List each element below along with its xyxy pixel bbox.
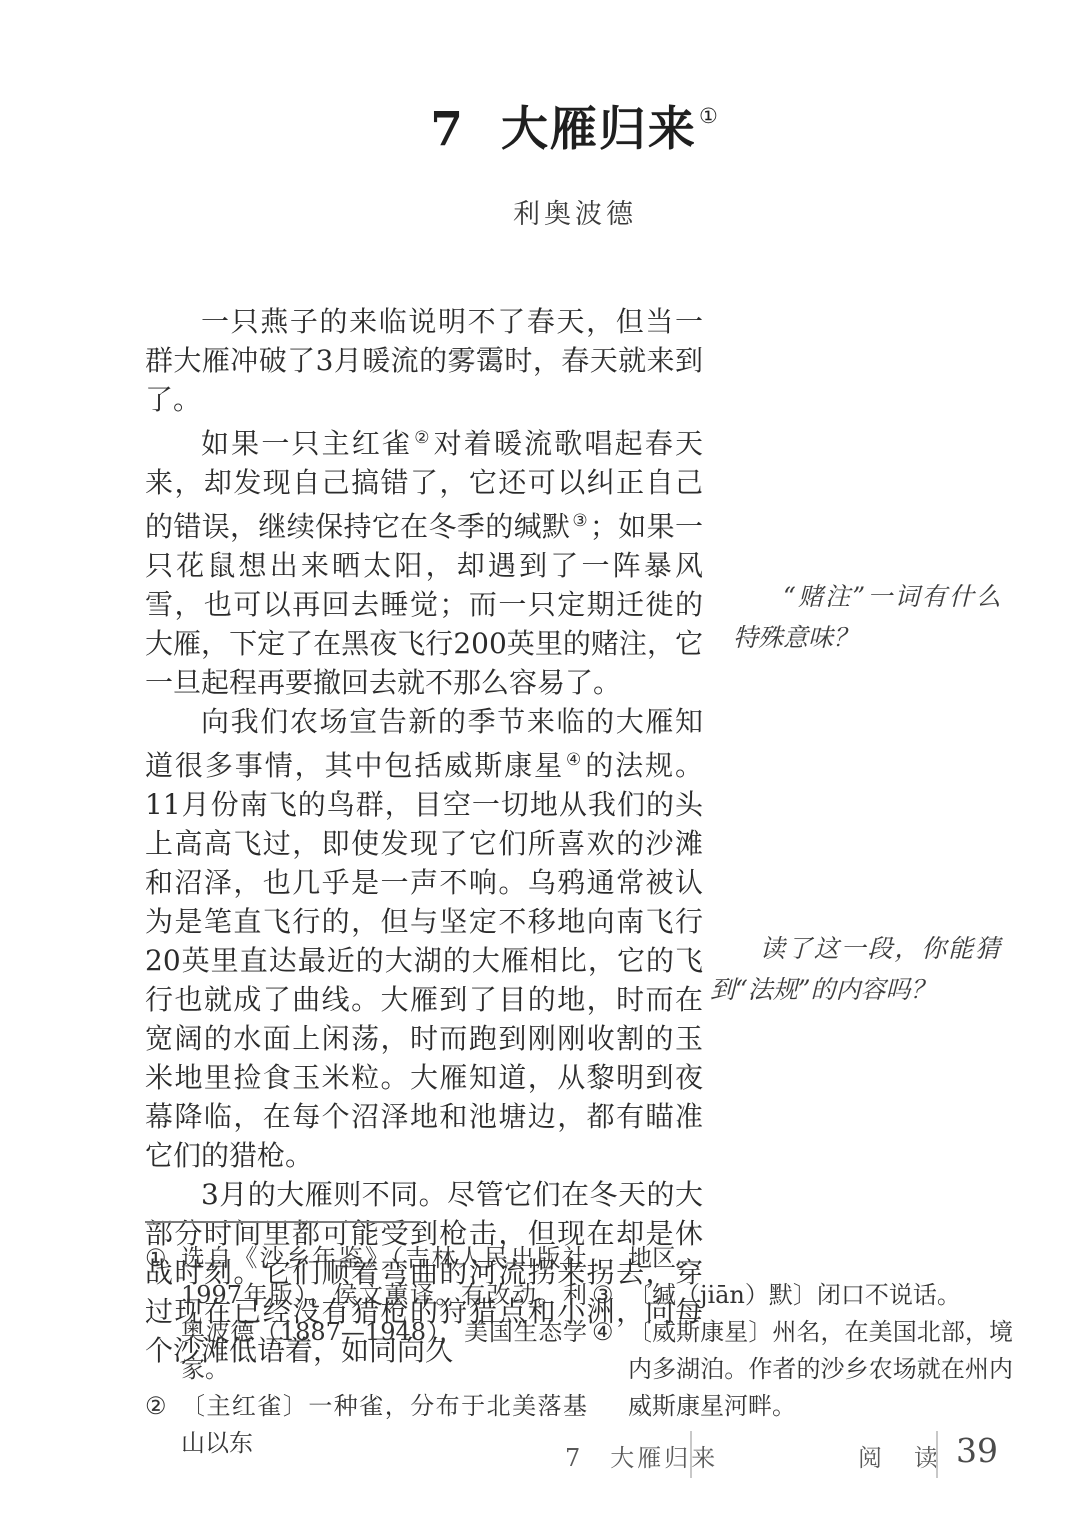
footnotes: ①选自《沙乡年鉴》（吉林人民出版社1997年版）。侯文蕙译。有改动。利奥波德（1… [145,1240,1013,1462]
body-paragraph: 如果一只主红雀②对着暖流歌唱起春天来，却发现自己搞错了，它还可以纠正自己的错误，… [145,419,703,702]
footer-section-label: 阅 读 [858,1438,942,1473]
footnote-text: 〔主红雀〕一种雀，分布于北美落基山以东 [181,1392,587,1457]
body-paragraph: 一只燕子的来临说明不了春天，但当一群大雁冲破了3月暖流的雾霭时，春天就来到了。 [145,302,703,419]
footnote-text: 〔威斯康星〕州名，在美国北部，境内多湖泊。作者的沙乡农场就在州内威斯康星河畔。 [628,1318,1013,1420]
footnote-item: ③〔缄（jiān）默〕闭口不说话。 [592,1277,1013,1314]
margin-note-question-2: 读了这一段，你能猜到“法规”的内容吗？ [710,928,1000,1010]
body-paragraph: 向我们农场宣告新的季节来临的大雁知道很多事情，其中包括威斯康星④的法规。11月份… [145,702,703,1175]
footer-lesson-title: 7 大雁归来 [565,1438,718,1473]
footnote-number: ① [145,1240,167,1277]
footnote-column-left: ①选自《沙乡年鉴》（吉林人民出版社1997年版）。侯文蕙译。有改动。利奥波德（1… [145,1240,587,1462]
footnote-item: ④〔威斯康星〕州名，在美国北部，境内多湖泊。作者的沙乡农场就在州内威斯康星河畔。 [592,1314,1013,1425]
lesson-title-text: 大雁归来 [501,102,697,157]
footnote-text: 地区。 [628,1244,700,1272]
footnote-divider [145,1221,421,1223]
body-text-column: 一只燕子的来临说明不了春天，但当一群大雁冲破了3月暖流的雾霭时，春天就来到了。如… [145,302,703,1370]
footnote-text: 选自《沙乡年鉴》（吉林人民出版社1997年版）。侯文蕙译。有改动。利奥波德（18… [181,1244,587,1383]
footnote-number: ② [145,1388,167,1425]
footnote-item: ①选自《沙乡年鉴》（吉林人民出版社1997年版）。侯文蕙译。有改动。利奥波德（1… [145,1240,587,1388]
footnote-number: ④ [592,1314,614,1351]
lesson-title: 7大雁归来① [140,92,1010,159]
footer-page-number: 39 [956,1431,998,1470]
lesson-number: 7 [430,102,465,157]
footnote-ref: ③ [570,511,590,531]
textbook-page: 7大雁归来① 利奥波德 一只燕子的来临说明不了春天，但当一群大雁冲破了3月暖流的… [0,0,1080,1526]
footer-divider-bar-1 [690,1431,692,1478]
footnote-ref: ② [412,428,433,448]
footer-divider-bar-2 [936,1431,938,1478]
margin-note-question-1: “赌注”一词有什么特殊意味？ [733,576,1001,658]
author-name: 利奥波德 [140,192,1010,231]
footnote-column-right: 地区。③〔缄（jiān）默〕闭口不说话。④〔威斯康星〕州名，在美国北部，境内多湖… [592,1240,1013,1462]
footnote-number: ③ [592,1277,614,1314]
footnote-item: ②〔主红雀〕一种雀，分布于北美落基山以东 [145,1388,587,1462]
footnote-continuation: 地区。 [592,1240,1013,1277]
footnote-ref: ④ [564,750,585,770]
title-footnote-ref: ① [699,104,720,128]
footnote-text: 〔缄（jiān）默〕闭口不说话。 [628,1281,961,1309]
